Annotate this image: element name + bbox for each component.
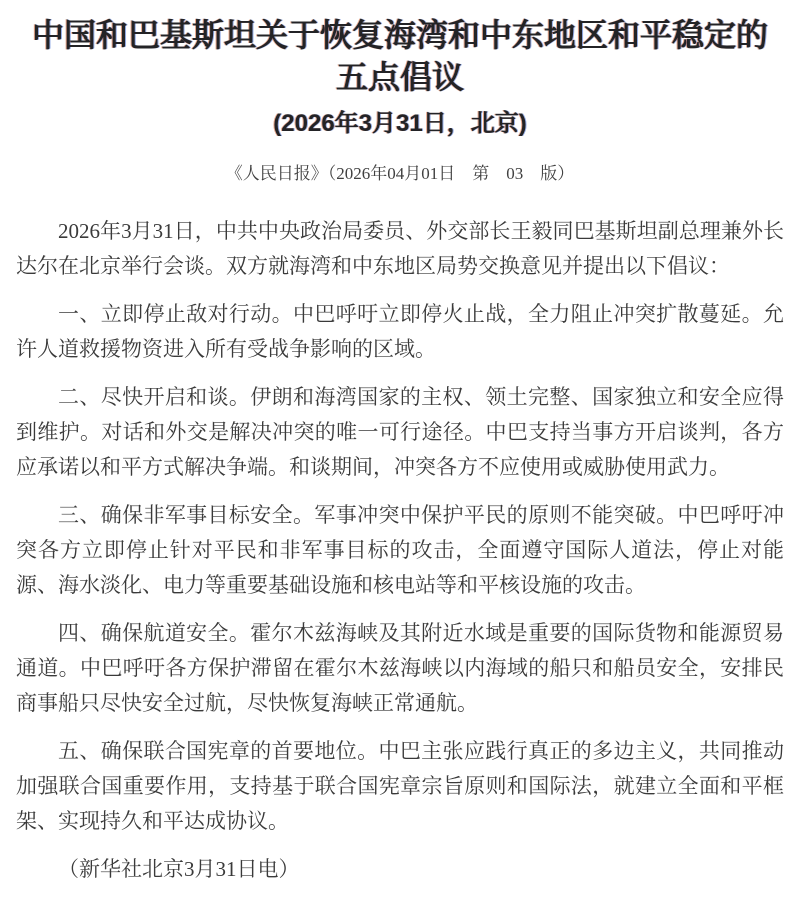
article-paragraph-point-4: 四、确保航道安全。霍尔木兹海峡及其附近水域是重要的国际货物和能源贸易通道。中巴呼… <box>16 616 784 721</box>
article-body: 2026年3月31日，中共中央政治局委员、外交部长王毅同巴基斯坦副总理兼外长达尔… <box>0 214 800 887</box>
article-page: 中国和巴基斯坦关于恢复海湾和中东地区和平稳定的五点倡议 (2026年3月31日，… <box>0 0 800 887</box>
article-dateline: (2026年3月31日，北京) <box>0 107 800 140</box>
article-paragraph-point-5: 五、确保联合国宪章的首要地位。中巴主张应践行真正的多边主义，共同推动加强联合国重… <box>16 734 784 839</box>
article-paragraph-point-1: 一、立即停止敌对行动。中巴呼吁立即停火止战，全力阻止冲突扩散蔓延。允许人道救援物… <box>16 297 784 367</box>
article-paragraph-point-2: 二、尽快开启和谈。伊朗和海湾国家的主权、领土完整、国家独立和安全应得到维护。对话… <box>16 380 784 485</box>
article-title: 中国和巴基斯坦关于恢复海湾和中东地区和平稳定的五点倡议 <box>0 0 800 98</box>
article-paragraph-intro: 2026年3月31日，中共中央政治局委员、外交部长王毅同巴基斯坦副总理兼外长达尔… <box>16 214 784 284</box>
article-paragraph-point-3: 三、确保非军事目标安全。军事冲突中保护平民的原则不能突破。中巴呼吁冲突各方立即停… <box>16 498 784 603</box>
article-source-line: 《人民日报》（2026年04月01日 第 03 版） <box>0 162 800 186</box>
article-paragraph-credit: （新华社北京3月31日电） <box>16 852 784 887</box>
